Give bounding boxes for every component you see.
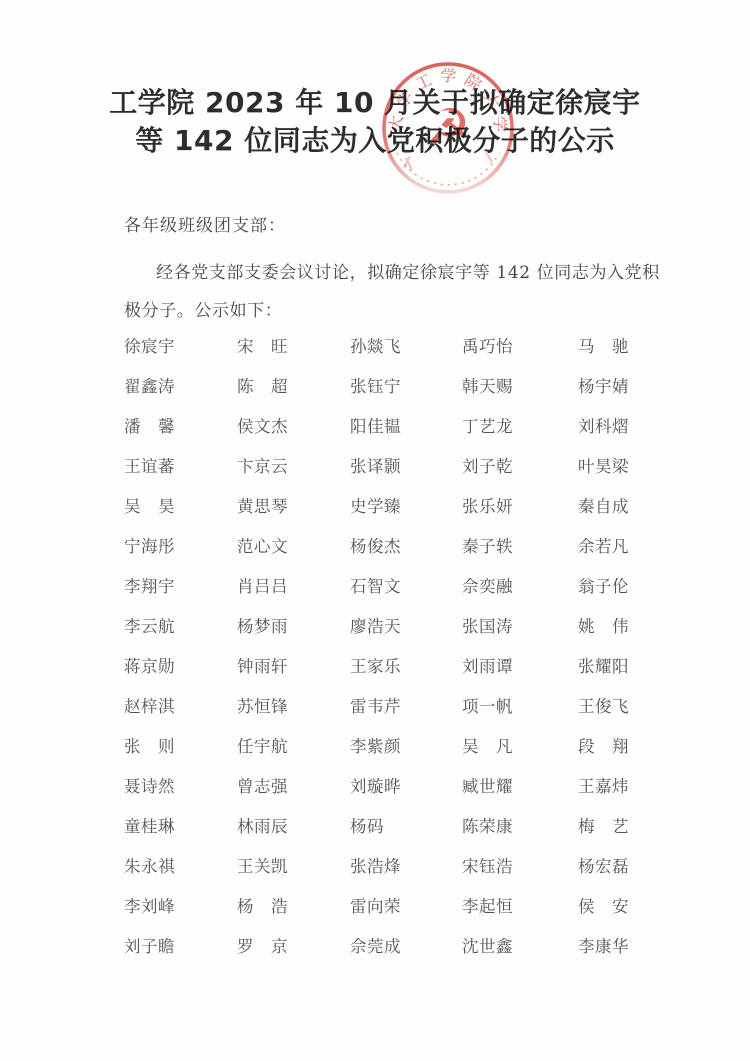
name-cell: 杨宏磊 [578,853,629,877]
name-cell: 叶昊梁 [578,453,629,477]
name-cell: 丁艺龙 [462,413,513,437]
name-cell: 韩天赐 [462,373,513,397]
name-cell: 沈世鑫 [462,933,513,957]
name-cell: 李刘峰 [124,893,175,917]
name-cell: 秦自成 [578,493,629,517]
name-cell: 翁子伦 [578,573,629,597]
name-cell: 赵梓淇 [124,693,175,717]
name-cell: 阳佳韫 [350,413,401,437]
name-cell: 侯文杰 [237,413,288,437]
name-cell: 王关凯 [237,853,288,877]
title-line-2: 等 142 位同志为入党积极分子的公示 [0,122,750,160]
name-cell: 宋钰浩 [462,853,513,877]
name-cell: 王俊飞 [578,693,629,717]
name-cell: 孙燚飞 [350,333,401,357]
name-cell: 杨码 [350,813,384,837]
name-cell: 王嘉炜 [578,773,629,797]
name-cell: 李康华 [578,933,629,957]
name-cell: 蒋京勋 [124,653,175,677]
name-cell: 吴 凡 [462,733,513,757]
name-cell: 马 驰 [578,333,629,357]
name-cell: 翟鑫涛 [124,373,175,397]
name-cell: 任宇航 [237,733,288,757]
title-line-1: 工学院 2023 年 10 月关于拟确定徐宸宇 [0,84,750,122]
name-cell: 张 则 [124,733,175,757]
name-cell: 范心文 [237,533,288,557]
name-cell: 张钰宁 [350,373,401,397]
name-cell: 卞京云 [237,453,288,477]
name-cell: 姚 伟 [578,613,629,637]
name-cell: 苏恒锋 [237,693,288,717]
name-cell: 张译颢 [350,453,401,477]
name-cell: 刘子乾 [462,453,513,477]
name-cell: 童桂琳 [124,813,175,837]
name-cell: 潘 馨 [124,413,175,437]
name-cell: 王家乐 [350,653,401,677]
name-cell: 石智文 [350,573,401,597]
name-cell: 臧世耀 [462,773,513,797]
name-cell: 陈 超 [237,373,288,397]
salutation: 各年级班级团支部： [124,211,286,236]
name-cell: 聂诗然 [124,773,175,797]
name-cell: 宋 旺 [237,333,288,357]
name-cell: 余若凡 [578,533,629,557]
name-cell: 雷向荣 [350,893,401,917]
name-cell: 李翔宇 [124,573,175,597]
name-cell: 杨俊杰 [350,533,401,557]
name-cell: 刘雨谭 [462,653,513,677]
name-cell: 张乐妍 [462,493,513,517]
name-cell: 曾志强 [237,773,288,797]
name-cell: 钟雨轩 [237,653,288,677]
name-cell: 刘子瞻 [124,933,175,957]
name-cell: 佘奕融 [462,573,513,597]
name-cell: 林雨辰 [237,813,288,837]
name-cell: 侯 安 [578,893,629,917]
name-cell: 张国涛 [462,613,513,637]
name-cell: 刘科熠 [578,413,629,437]
document-page: 工学院 2023 年 10 月关于拟确定徐宸宇 等 142 位同志为入党积极分子… [0,0,750,1061]
name-cell: 史学臻 [350,493,401,517]
name-cell: 佘莞成 [350,933,401,957]
names-grid: 徐宸宇宋 旺孙燚飞禹巧怡马 驰翟鑫涛陈 超张钰宁韩天赐杨宇婧潘 馨侯文杰阳佳韫丁… [124,333,664,973]
name-cell: 张浩烽 [350,853,401,877]
name-cell: 禹巧怡 [462,333,513,357]
paragraph-line-1: 经各党支部支委会议讨论，拟确定徐宸宇等 142 位同志为入党积 [156,258,660,283]
name-cell: 肖吕吕 [237,573,288,597]
name-cell: 杨 浩 [237,893,288,917]
name-cell: 李起恒 [462,893,513,917]
name-cell: 廖浩天 [350,613,401,637]
name-cell: 项一帆 [462,693,513,717]
document-title: 工学院 2023 年 10 月关于拟确定徐宸宇 等 142 位同志为入党积极分子… [0,84,750,160]
name-cell: 杨梦雨 [237,613,288,637]
name-cell: 陈荣康 [462,813,513,837]
name-cell: 李紫颜 [350,733,401,757]
name-cell: 吴 昊 [124,493,175,517]
name-cell: 朱永祺 [124,853,175,877]
name-cell: 雷韦芹 [350,693,401,717]
name-cell: 王谊蕃 [124,453,175,477]
name-cell: 罗 京 [237,933,288,957]
name-cell: 梅 艺 [578,813,629,837]
name-cell: 张耀阳 [578,653,629,677]
name-cell: 刘璇晔 [350,773,401,797]
name-cell: 杨宇婧 [578,373,629,397]
name-cell: 李云航 [124,613,175,637]
name-cell: 宁海彤 [124,533,175,557]
paragraph-line-2: 极分子。公示如下： [124,296,282,321]
name-cell: 段 翔 [578,733,629,757]
name-cell: 黄思琴 [237,493,288,517]
name-cell: 秦子轶 [462,533,513,557]
name-cell: 徐宸宇 [124,333,175,357]
